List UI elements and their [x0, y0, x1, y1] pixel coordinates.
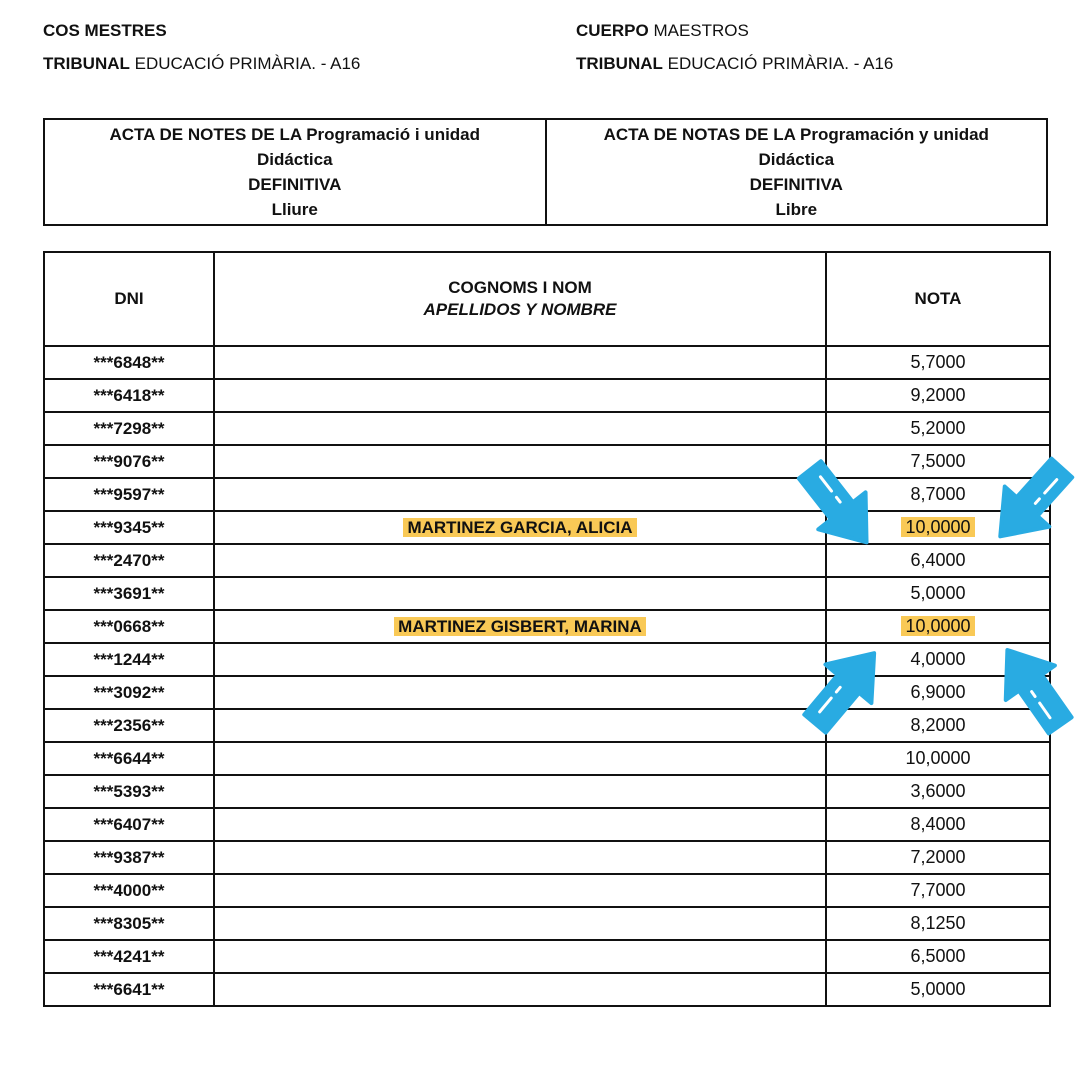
dni-cell-value: ***3092** [94, 683, 165, 702]
column-header-dni: DNI [44, 252, 214, 346]
grade-cell: 7,2000 [826, 841, 1050, 874]
dni-cell: ***2356** [44, 709, 214, 742]
dni-cell-value: ***5393** [94, 782, 165, 801]
grade-cell: 6,4000 [826, 544, 1050, 577]
grade-cell-value: 7,7000 [910, 880, 965, 900]
name-cell [214, 577, 826, 610]
dni-cell-value: ***0668** [94, 617, 165, 636]
name-cell [214, 841, 826, 874]
grade-cell: 5,7000 [826, 346, 1050, 379]
grade-cell: 5,2000 [826, 412, 1050, 445]
grade-cell: 8,2000 [826, 709, 1050, 742]
grade-cell: 6,9000 [826, 676, 1050, 709]
grade-cell: 7,5000 [826, 445, 1050, 478]
name-cell [214, 544, 826, 577]
name-cell [214, 742, 826, 775]
dni-cell-value: ***9387** [94, 848, 165, 867]
title-line: ACTA DE NOTES DE LA Programació i unidad [109, 122, 480, 147]
table-row: ***3092**6,9000 [44, 676, 1050, 709]
grade-cell-value: 6,9000 [910, 682, 965, 702]
name-cell-value: MARTINEZ GISBERT, MARINA [394, 617, 646, 636]
table-row: ***9076**7,5000 [44, 445, 1050, 478]
dni-cell: ***6418** [44, 379, 214, 412]
tribunal-value: EDUCACIÓ PRIMÀRIA. - A16 [130, 54, 361, 73]
table-row: ***2356**8,2000 [44, 709, 1050, 742]
header-left: COS MESTRES TRIBUNAL EDUCACIÓ PRIMÀRIA. … [43, 20, 360, 86]
dni-cell: ***2470** [44, 544, 214, 577]
title-line: ACTA DE NOTAS DE LA Programación y unida… [604, 122, 989, 147]
title-line: DEFINITIVA [248, 172, 341, 197]
dni-cell: ***6641** [44, 973, 214, 1006]
name-cell [214, 643, 826, 676]
grade-cell: 10,0000 [826, 610, 1050, 643]
dni-cell: ***5393** [44, 775, 214, 808]
grade-cell: 8,4000 [826, 808, 1050, 841]
title-spanish: ACTA DE NOTAS DE LA Programación y unida… [545, 120, 1047, 224]
grade-cell-value: 6,4000 [910, 550, 965, 570]
table-row: ***0668**MARTINEZ GISBERT, MARINA10,0000 [44, 610, 1050, 643]
body-name-es: CUERPO MAESTROS [576, 20, 893, 53]
name-cell [214, 940, 826, 973]
name-cell [214, 973, 826, 1006]
dni-cell: ***0668** [44, 610, 214, 643]
dni-cell: ***6848** [44, 346, 214, 379]
column-header-name: COGNOMS I NOM APELLIDOS Y NOMBRE [214, 252, 826, 346]
grade-cell-value: 5,7000 [910, 352, 965, 372]
name-cell: MARTINEZ GISBERT, MARINA [214, 610, 826, 643]
dni-cell-value: ***4000** [94, 881, 165, 900]
document-title-box: ACTA DE NOTES DE LA Programació i unidad… [43, 118, 1048, 226]
grade-cell: 7,7000 [826, 874, 1050, 907]
tribunal-ca: TRIBUNAL EDUCACIÓ PRIMÀRIA. - A16 [43, 53, 360, 86]
table-row: ***2470**6,4000 [44, 544, 1050, 577]
grade-cell-value: 8,1250 [910, 913, 965, 933]
tribunal-label: TRIBUNAL [43, 54, 130, 73]
grade-cell: 10,0000 [826, 511, 1050, 544]
dni-cell-value: ***4241** [94, 947, 165, 966]
dni-cell-value: ***9597** [94, 485, 165, 504]
grade-cell: 8,1250 [826, 907, 1050, 940]
dni-cell-value: ***8305** [94, 914, 165, 933]
grade-cell: 10,0000 [826, 742, 1050, 775]
title-line: Didáctica [758, 147, 834, 172]
name-cell [214, 874, 826, 907]
grade-cell-value: 9,2000 [910, 385, 965, 405]
table-row: ***9387**7,2000 [44, 841, 1050, 874]
grade-cell-value: 5,2000 [910, 418, 965, 438]
dni-cell-value: ***9345** [94, 518, 165, 537]
dni-cell: ***4000** [44, 874, 214, 907]
body-name-ca: COS MESTRES [43, 20, 360, 53]
dni-cell: ***6644** [44, 742, 214, 775]
dni-cell-value: ***6644** [94, 749, 165, 768]
grade-cell-value: 8,7000 [910, 484, 965, 504]
tribunal-label: TRIBUNAL [576, 54, 663, 73]
dni-cell-value: ***6418** [94, 386, 165, 405]
name-cell [214, 379, 826, 412]
dni-cell: ***8305** [44, 907, 214, 940]
grade-cell: 5,0000 [826, 577, 1050, 610]
table-row: ***4241**6,5000 [44, 940, 1050, 973]
grade-cell-value: 3,6000 [910, 781, 965, 801]
dni-cell-value: ***9076** [94, 452, 165, 471]
title-line: DEFINITIVA [750, 172, 843, 197]
name-header-ca: COGNOMS I NOM [215, 277, 825, 299]
header-right: CUERPO MAESTROS TRIBUNAL EDUCACIÓ PRIMÀR… [576, 20, 893, 86]
grade-cell: 3,6000 [826, 775, 1050, 808]
column-header-nota: NOTA [826, 252, 1050, 346]
grade-cell-value: 7,2000 [910, 847, 965, 867]
table-row: ***5393**3,6000 [44, 775, 1050, 808]
table-row: ***6644**10,0000 [44, 742, 1050, 775]
grade-cell: 6,5000 [826, 940, 1050, 973]
name-cell [214, 676, 826, 709]
name-cell [214, 445, 826, 478]
dni-cell-value: ***3691** [94, 584, 165, 603]
table-row: ***3691**5,0000 [44, 577, 1050, 610]
grade-cell-value: 5,0000 [910, 979, 965, 999]
dni-cell-value: ***2470** [94, 551, 165, 570]
dni-cell: ***9345** [44, 511, 214, 544]
dni-cell-value: ***6641** [94, 980, 165, 999]
grade-cell-value: 10,0000 [901, 517, 974, 537]
dni-cell: ***6407** [44, 808, 214, 841]
tribunal-value: EDUCACIÓ PRIMÀRIA. - A16 [663, 54, 894, 73]
grade-cell-value: 4,0000 [910, 649, 965, 669]
dni-cell: ***7298** [44, 412, 214, 445]
tribunal-es: TRIBUNAL EDUCACIÓ PRIMÀRIA. - A16 [576, 53, 893, 86]
dni-cell-value: ***7298** [94, 419, 165, 438]
table-row: ***6641**5,0000 [44, 973, 1050, 1006]
grade-cell-value: 5,0000 [910, 583, 965, 603]
dni-cell: ***3691** [44, 577, 214, 610]
grade-cell-value: 8,4000 [910, 814, 965, 834]
table-row: ***9597**8,7000 [44, 478, 1050, 511]
grades-table: DNI COGNOMS I NOM APELLIDOS Y NOMBRE NOT… [43, 251, 1051, 1007]
name-cell [214, 775, 826, 808]
table-row: ***1244**4,0000 [44, 643, 1050, 676]
dni-cell-value: ***6848** [94, 353, 165, 372]
name-header-es: APELLIDOS Y NOMBRE [215, 299, 825, 321]
table-row: ***6407**8,4000 [44, 808, 1050, 841]
grade-cell-value: 6,5000 [910, 946, 965, 966]
name-cell-value: MARTINEZ GARCIA, ALICIA [403, 518, 636, 537]
grade-cell: 8,7000 [826, 478, 1050, 511]
grade-cell: 5,0000 [826, 973, 1050, 1006]
dni-cell: ***1244** [44, 643, 214, 676]
name-cell [214, 346, 826, 379]
grade-cell-value: 10,0000 [905, 748, 970, 768]
dni-cell-value: ***2356** [94, 716, 165, 735]
name-cell: MARTINEZ GARCIA, ALICIA [214, 511, 826, 544]
title-line: Didáctica [257, 147, 333, 172]
grade-cell-value: 10,0000 [901, 616, 974, 636]
body-label: CUERPO [576, 21, 649, 40]
grade-cell-value: 8,2000 [910, 715, 965, 735]
table-header-row: DNI COGNOMS I NOM APELLIDOS Y NOMBRE NOT… [44, 252, 1050, 346]
dni-cell: ***9597** [44, 478, 214, 511]
dni-cell: ***9076** [44, 445, 214, 478]
table-row: ***6848**5,7000 [44, 346, 1050, 379]
body-value: MAESTROS [649, 21, 749, 40]
title-line: Lliure [272, 197, 318, 222]
table-row: ***8305**8,1250 [44, 907, 1050, 940]
name-cell [214, 478, 826, 511]
name-cell [214, 709, 826, 742]
dni-cell: ***9387** [44, 841, 214, 874]
dni-cell-value: ***1244** [94, 650, 165, 669]
title-catalan: ACTA DE NOTES DE LA Programació i unidad… [45, 120, 545, 224]
grade-cell-value: 7,5000 [910, 451, 965, 471]
title-line: Libre [775, 197, 817, 222]
dni-cell-value: ***6407** [94, 815, 165, 834]
table-row: ***6418**9,2000 [44, 379, 1050, 412]
name-cell [214, 808, 826, 841]
dni-cell: ***4241** [44, 940, 214, 973]
table-row: ***7298**5,2000 [44, 412, 1050, 445]
table-row: ***4000**7,7000 [44, 874, 1050, 907]
grade-cell: 9,2000 [826, 379, 1050, 412]
table-row: ***9345**MARTINEZ GARCIA, ALICIA10,0000 [44, 511, 1050, 544]
dni-cell: ***3092** [44, 676, 214, 709]
name-cell [214, 412, 826, 445]
grade-cell: 4,0000 [826, 643, 1050, 676]
name-cell [214, 907, 826, 940]
